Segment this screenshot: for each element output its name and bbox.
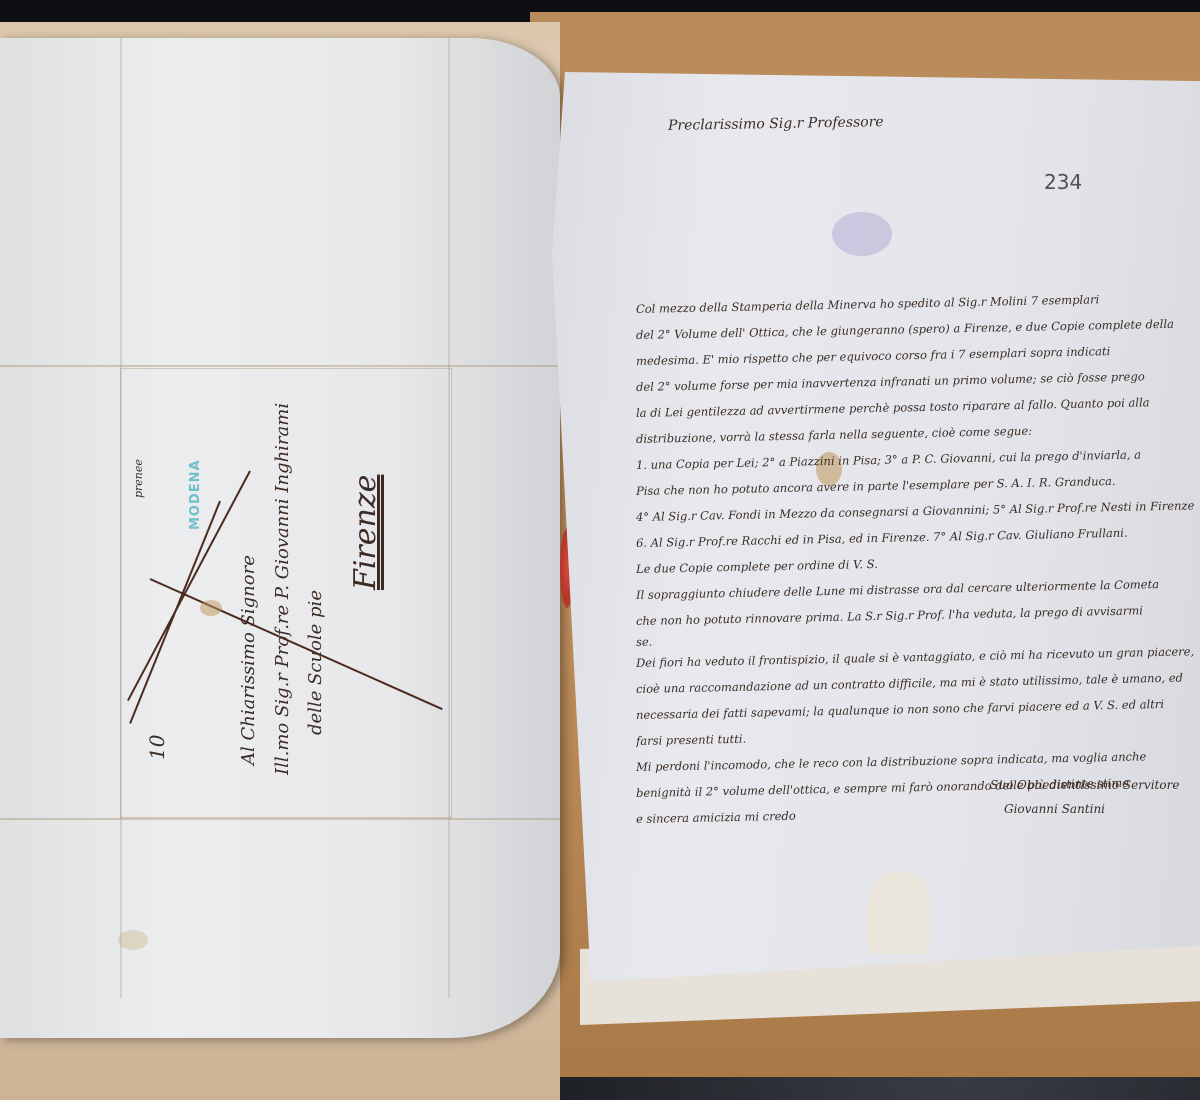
paper-tear-patch [868, 872, 930, 954]
ink-blot [832, 212, 892, 256]
address-city: Firenze [348, 475, 383, 590]
cover-note: prenee [132, 459, 145, 498]
letter-signature: Giovanni Santini [1004, 802, 1105, 816]
address-line: Al Chiarissimo Signore [238, 555, 259, 765]
postmark-stamp: MODENA [188, 459, 203, 530]
foxing-stain [118, 930, 148, 950]
foxing-stain [200, 600, 222, 616]
address-line: Ill.mo Sig.r Prof.re P. Giovanni Inghira… [272, 403, 293, 775]
folio-number: 234 [1044, 170, 1082, 194]
fold-line [0, 818, 560, 820]
address-line: delle Scuole pie [305, 590, 326, 735]
cover-number-mark: 10 [145, 735, 169, 760]
letter-closing: Suo Obbedientissimo Servitore [990, 778, 1179, 792]
letter-body: Col mezzo della Stamperia della Minerva … [636, 296, 1196, 832]
fold-line [0, 365, 560, 367]
